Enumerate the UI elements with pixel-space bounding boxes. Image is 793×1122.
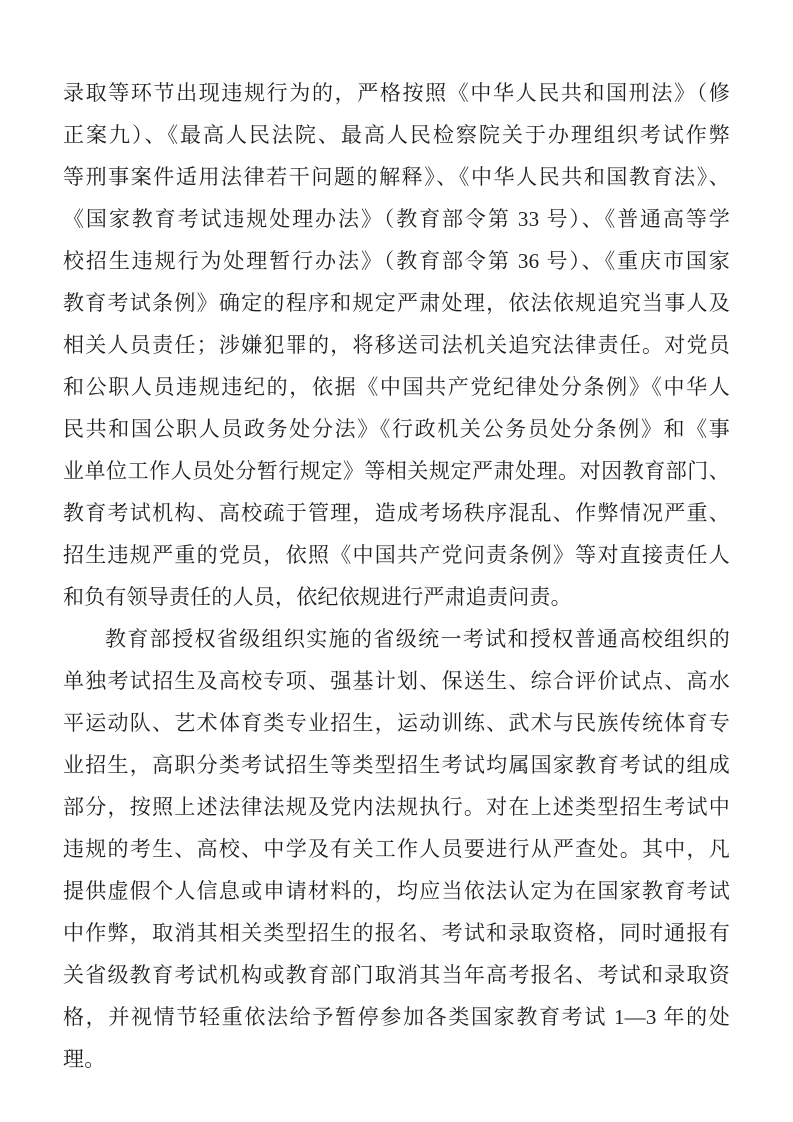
text-line: 教育部授权省级组织实施的省级统一考试和授权普通高校组织的 (63, 618, 730, 660)
text-line: 民共和国公职人员政务处分法》《行政机关公务员处分条例》和《事 (63, 408, 730, 450)
paragraph: 录取等环节出现违规行为的，严格按照《中华人民共和国刑法》（修正案九）、《最高人民… (63, 72, 730, 618)
text-line: 中作弊，取消其相关类型招生的报名、考试和录取资格，同时通报有 (63, 912, 730, 954)
text-line: 业单位工作人员处分暂行规定》等相关规定严肃处理。对因教育部门、 (63, 450, 730, 492)
text-line: 招生违规严重的党员，依照《中国共产党问责条例》等对直接责任人 (63, 534, 730, 576)
text-line: 等刑事案件适用法律若干问题的解释》、《中华人民共和国教育法》、 (63, 156, 730, 198)
text-line: 部分，按照上述法律法规及党内法规执行。对在上述类型招生考试中 (63, 786, 730, 828)
text-line: 平运动队、艺术体育类专业招生，运动训练、武术与民族传统体育专 (63, 702, 730, 744)
document-body: 录取等环节出现违规行为的，严格按照《中华人民共和国刑法》（修正案九）、《最高人民… (63, 72, 730, 1038)
text-line: 教育考试机构、高校疏于管理，造成考场秩序混乱、作弊情况严重、 (63, 492, 730, 534)
text-line: 业招生，高职分类考试招生等类型招生考试均属国家教育考试的组成 (63, 744, 730, 786)
text-line: 关省级教育考试机构或教育部门取消其当年高考报名、考试和录取资 (63, 954, 730, 996)
text-line: 违规的考生、高校、中学及有关工作人员要进行从严查处。其中，凡 (63, 828, 730, 870)
text-line: 提供虚假个人信息或申请材料的，均应当依法认定为在国家教育考试 (63, 870, 730, 912)
text-line: 正案九）、《最高人民法院、最高人民检察院关于办理组织考试作弊 (63, 114, 730, 156)
text-line: 校招生违规行为处理暂行办法》（教育部令第 36 号）、《重庆市国家 (63, 240, 730, 282)
paragraph: 教育部授权省级组织实施的省级统一考试和授权普通高校组织的单独考试招生及高校专项、… (63, 618, 730, 1038)
text-line: 格，并视情节轻重依法给予暂停参加各类国家教育考试 1—3 年的处理。 (63, 996, 730, 1038)
text-line: 和负有领导责任的人员，依纪依规进行严肃追责问责。 (63, 576, 730, 618)
text-line: 《国家教育考试违规处理办法》（教育部令第 33 号）、《普通高等学 (63, 198, 730, 240)
text-line: 录取等环节出现违规行为的，严格按照《中华人民共和国刑法》（修 (63, 72, 730, 114)
document-page: 录取等环节出现违规行为的，严格按照《中华人民共和国刑法》（修正案九）、《最高人民… (0, 0, 793, 1122)
text-line: 教育考试条例》确定的程序和规定严肃处理，依法依规追究当事人及 (63, 282, 730, 324)
text-line: 和公职人员违规违纪的，依据《中国共产党纪律处分条例》《中华人 (63, 366, 730, 408)
text-line: 单独考试招生及高校专项、强基计划、保送生、综合评价试点、高水 (63, 660, 730, 702)
text-line: 相关人员责任；涉嫌犯罪的，将移送司法机关追究法律责任。对党员 (63, 324, 730, 366)
